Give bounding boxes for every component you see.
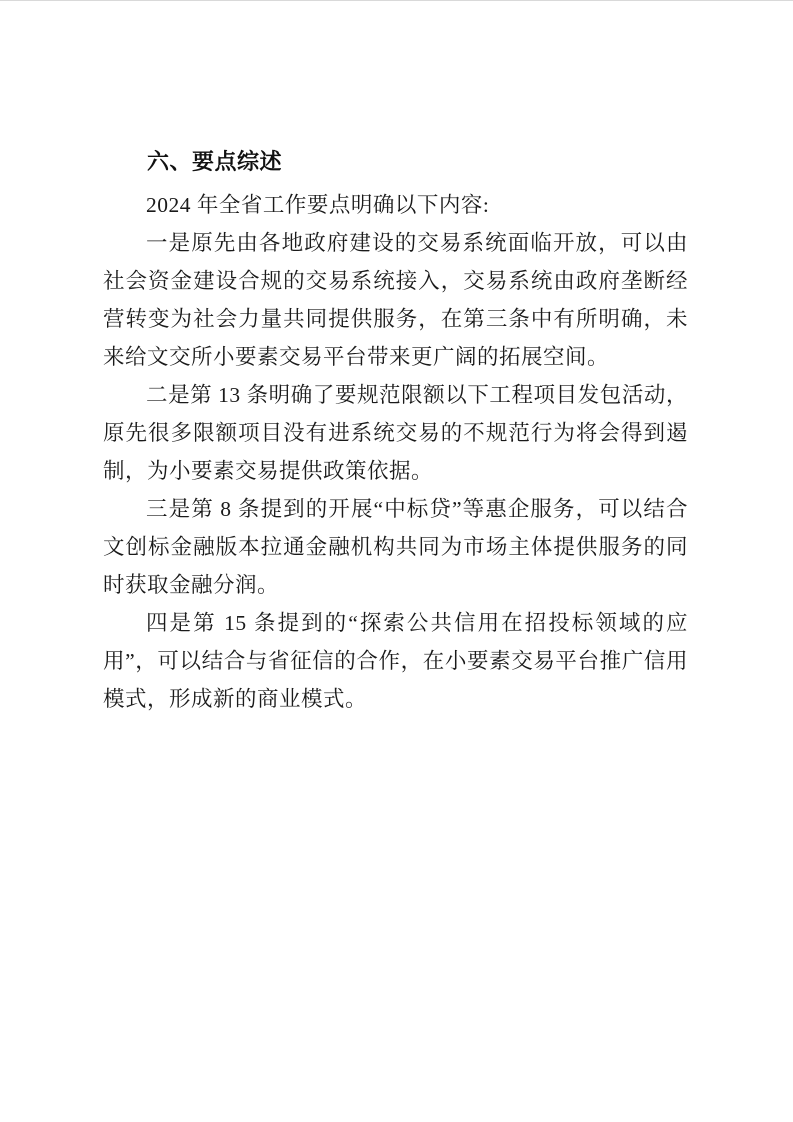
paragraph-point-3: 三是第 8 条提到的开展“中标贷”等惠企服务，可以结合文创标金融版本拉通金融机构… bbox=[103, 490, 688, 604]
document-page: 六、要点综述 2024 年全省工作要点明确以下内容: 一是原先由各地政府建设的交… bbox=[0, 0, 793, 1122]
section-heading: 六、要点综述 bbox=[103, 143, 688, 181]
paragraph-point-1: 一是原先由各地政府建设的交易系统面临开放，可以由社会资金建设合规的交易系统接入，… bbox=[103, 224, 688, 376]
paragraph-point-2: 二是第 13 条明确了要规范限额以下工程项目发包活动，原先很多限额项目没有进系统… bbox=[103, 376, 688, 490]
paragraph-intro: 2024 年全省工作要点明确以下内容: bbox=[103, 186, 688, 224]
paragraph-point-4: 四是第 15 条提到的“探索公共信用在招投标领域的应用”，可以结合与省征信的合作… bbox=[103, 604, 688, 718]
